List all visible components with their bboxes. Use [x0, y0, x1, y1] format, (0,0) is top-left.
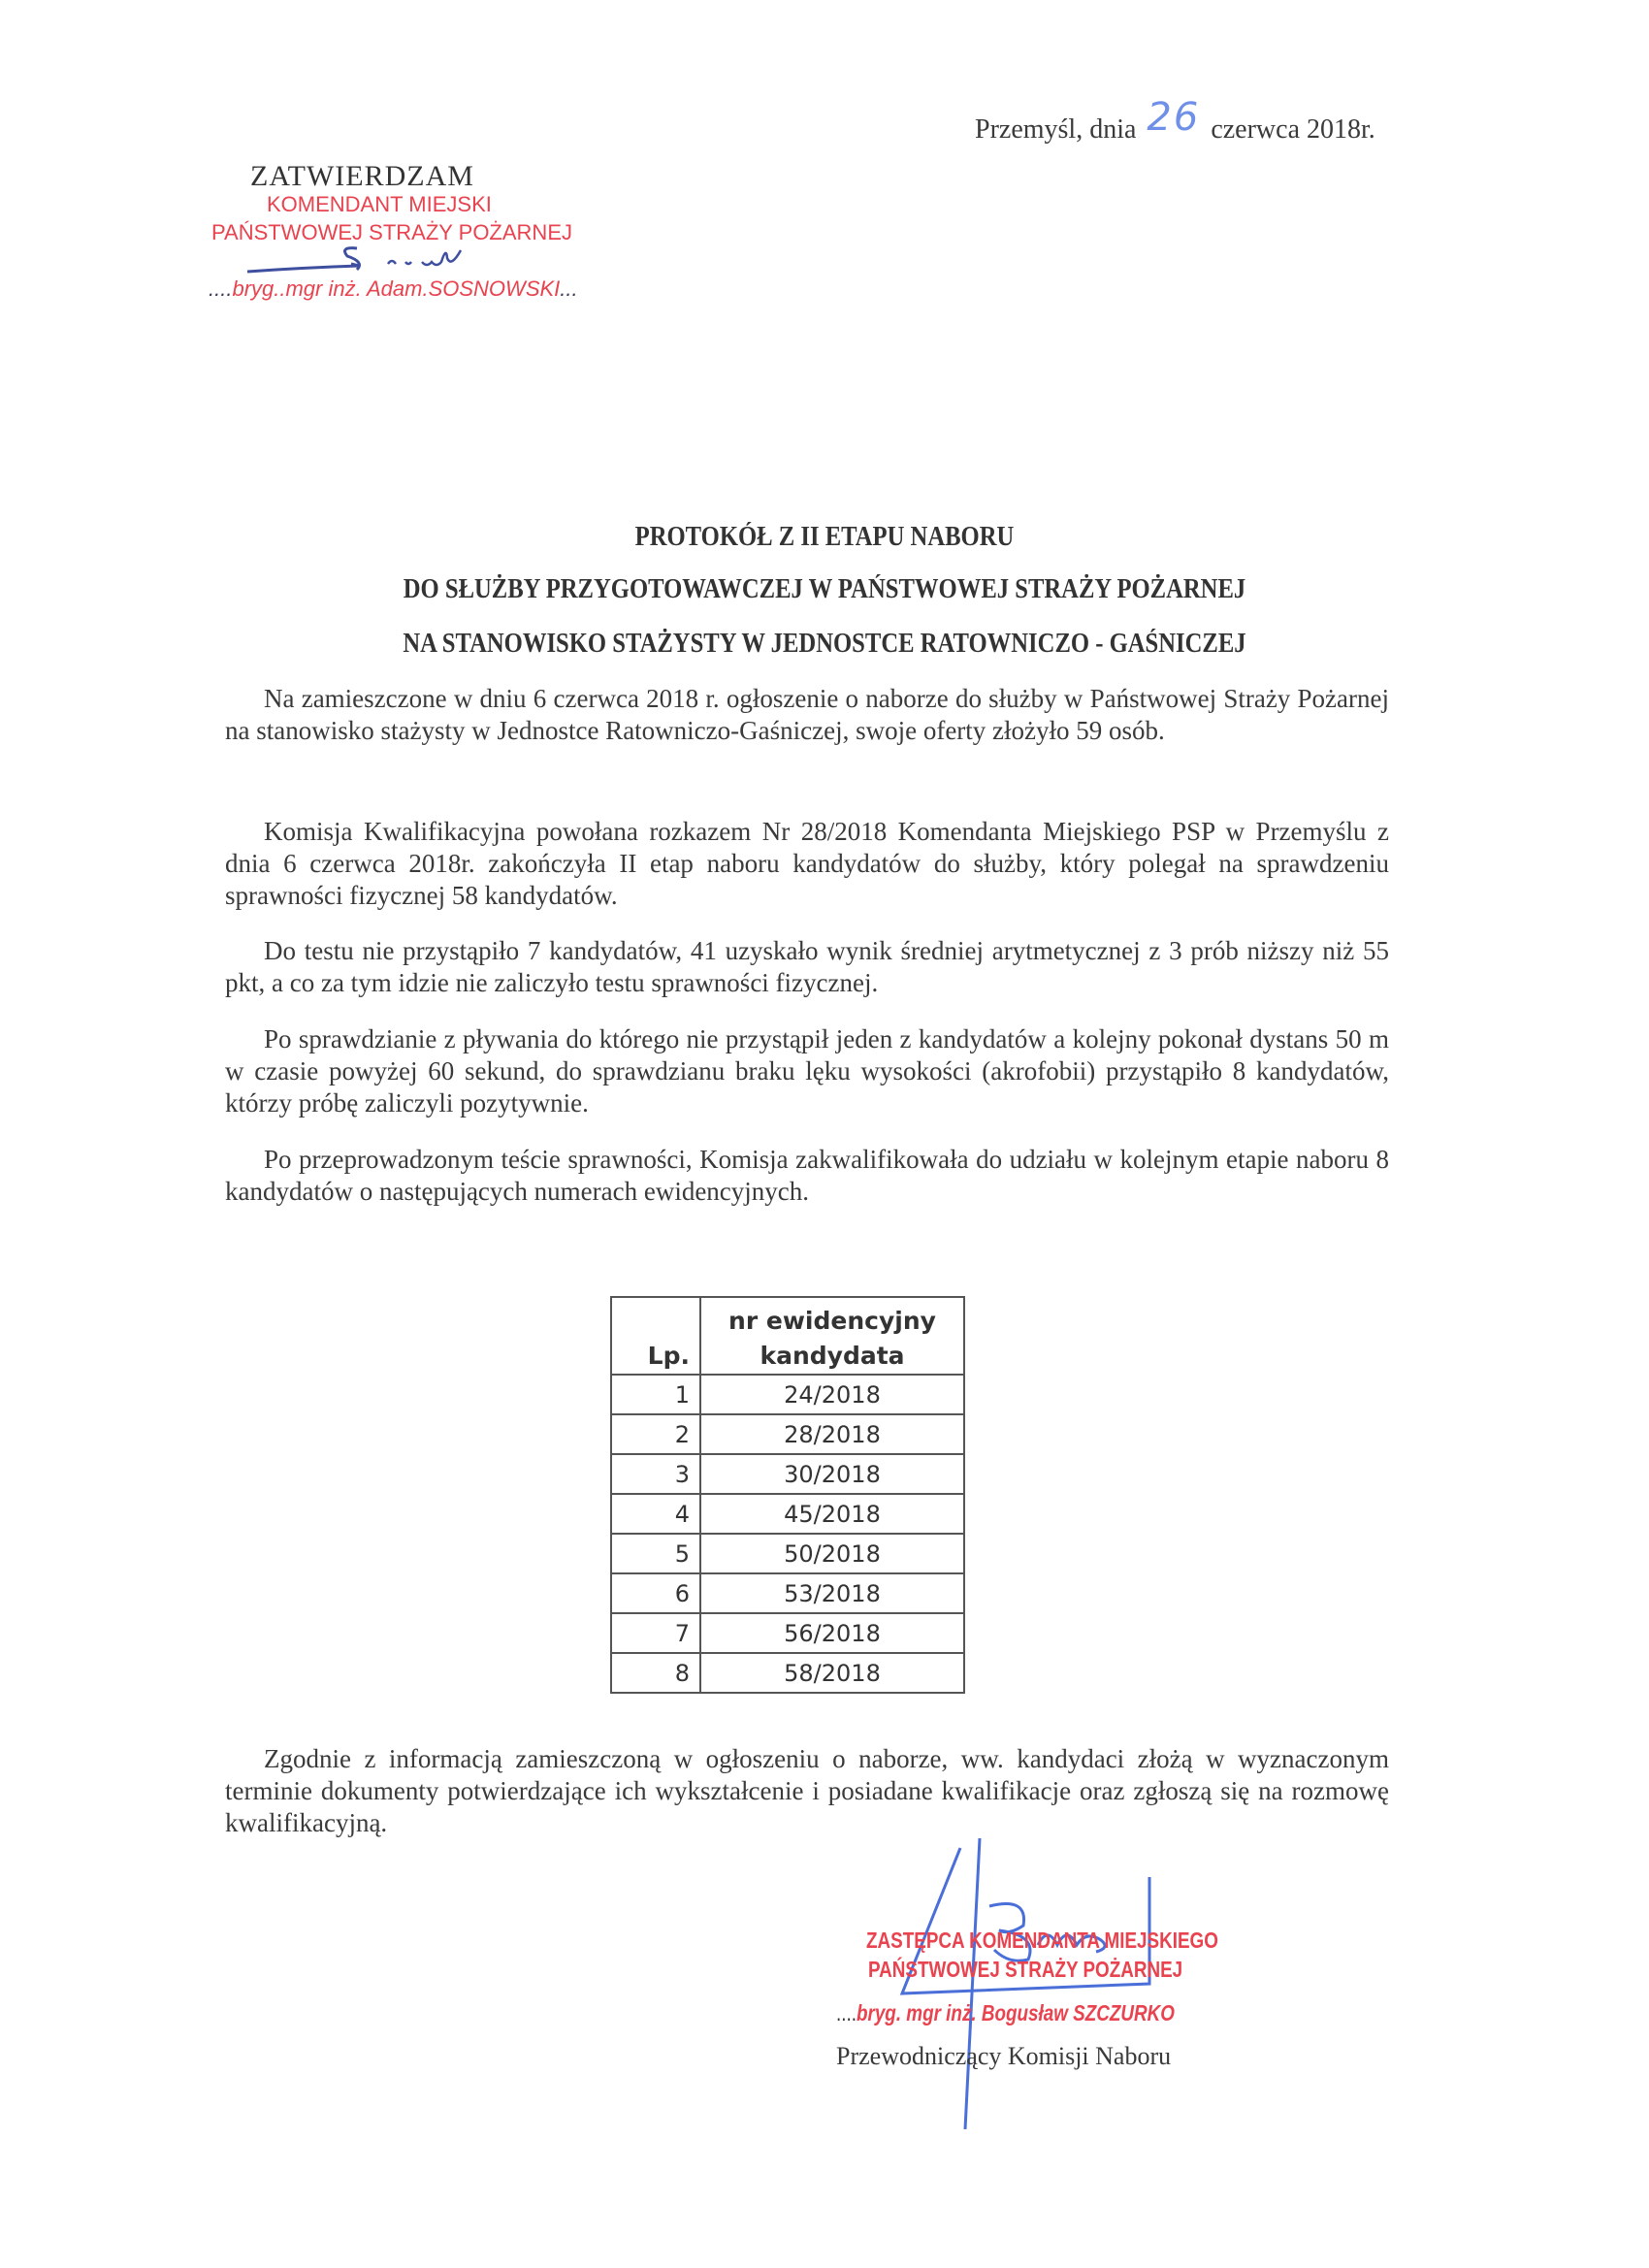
- chairman-signature-icon: [834, 1838, 1242, 2129]
- cell-lp: 7: [611, 1613, 700, 1653]
- cell-lp: 8: [611, 1653, 700, 1693]
- document-title-line2: DO SŁUŻBY PRZYGOTOWAWCZEJ W PAŃSTWOWEJ S…: [99, 574, 1550, 605]
- approval-signature-icon: [242, 243, 572, 281]
- cell-candidate-number: 53/2018: [700, 1573, 964, 1613]
- table-row: 653/2018: [611, 1573, 964, 1613]
- table-row: 858/2018: [611, 1653, 964, 1693]
- header-lp: Lp.: [611, 1297, 700, 1375]
- chairman-stamp-line2: PAŃSTWOWEJ STRAŻY POŻARNEJ: [868, 1957, 1182, 1983]
- date-suffix: czerwca 2018r.: [1211, 114, 1374, 145]
- cell-lp: 3: [611, 1454, 700, 1494]
- table-row: 330/2018: [611, 1454, 964, 1494]
- table-row: 124/2018: [611, 1375, 964, 1414]
- table-row: 756/2018: [611, 1613, 964, 1653]
- cell-lp: 5: [611, 1534, 700, 1573]
- cell-candidate-number: 58/2018: [700, 1653, 964, 1693]
- cell-candidate-number: 30/2018: [700, 1454, 964, 1494]
- document-title-line3: NA STANOWISKO STAŻYSTY W JEDNOSTCE RATOW…: [99, 629, 1550, 660]
- paragraph-documents: Zgodnie z informacją zamieszczoną w ogło…: [225, 1743, 1389, 1839]
- date-day-handwritten: 26: [1147, 95, 1200, 140]
- cell-candidate-number: 28/2018: [700, 1414, 964, 1454]
- paragraph-announcement: Na zamieszczone w dniu 6 czerwca 2018 r.…: [225, 683, 1389, 747]
- paragraph-test-results: Do testu nie przystąpiło 7 kandydatów, 4…: [225, 935, 1389, 999]
- chairman-signer: ....bryg. mgr inż. Bogusław SZCZURKO: [836, 2000, 1175, 2026]
- cell-lp: 1: [611, 1375, 700, 1414]
- paragraph-qualified: Po przeprowadzonym teście sprawności, Ko…: [225, 1144, 1389, 1208]
- table-header-row: Lp. nr ewidencyjny kandydata: [611, 1297, 964, 1375]
- cell-candidate-number: 50/2018: [700, 1534, 964, 1573]
- approval-heading: ZATWIERDZAM: [250, 160, 474, 193]
- cell-lp: 2: [611, 1414, 700, 1454]
- cell-candidate-number: 56/2018: [700, 1613, 964, 1653]
- cell-candidate-number: 45/2018: [700, 1494, 964, 1534]
- candidates-table: Lp. nr ewidencyjny kandydata 124/2018228…: [610, 1296, 965, 1694]
- cell-candidate-number: 24/2018: [700, 1375, 964, 1414]
- chairman-role: Przewodniczący Komisji Naboru: [836, 2042, 1171, 2071]
- document-date: Przemyśl, dnia 26 czerwca 2018r.: [975, 103, 1375, 147]
- table-row: 228/2018: [611, 1414, 964, 1454]
- paragraph-swimming: Po sprawdzianie z pływania do którego ni…: [225, 1023, 1389, 1119]
- table-row: 445/2018: [611, 1494, 964, 1534]
- date-prefix: Przemyśl, dnia: [975, 114, 1136, 145]
- table-row: 550/2018: [611, 1534, 964, 1573]
- cell-lp: 6: [611, 1573, 700, 1613]
- chairman-stamp-line1: ZASTĘPCA KOMENDANTA MIEJSKIEGO: [866, 1928, 1218, 1954]
- approval-signer: ....bryg..mgr inż. Adam.SOSNOWSKI...: [209, 276, 578, 302]
- document-title-line1: PROTOKÓŁ Z II ETAPU NABORU: [99, 522, 1550, 553]
- approval-stamp-line1: KOMENDANT MIEJSKI: [267, 192, 492, 217]
- header-candidate-number: nr ewidencyjny kandydata: [700, 1297, 964, 1375]
- cell-lp: 4: [611, 1494, 700, 1534]
- paragraph-commission: Komisja Kwalifikacyjna powołana rozkazem…: [225, 816, 1389, 912]
- approval-signer-name: bryg..mgr inż. Adam.SOSNOWSKI: [232, 276, 560, 301]
- chairman-name: bryg. mgr inż. Bogusław SZCZURKO: [857, 2000, 1175, 2025]
